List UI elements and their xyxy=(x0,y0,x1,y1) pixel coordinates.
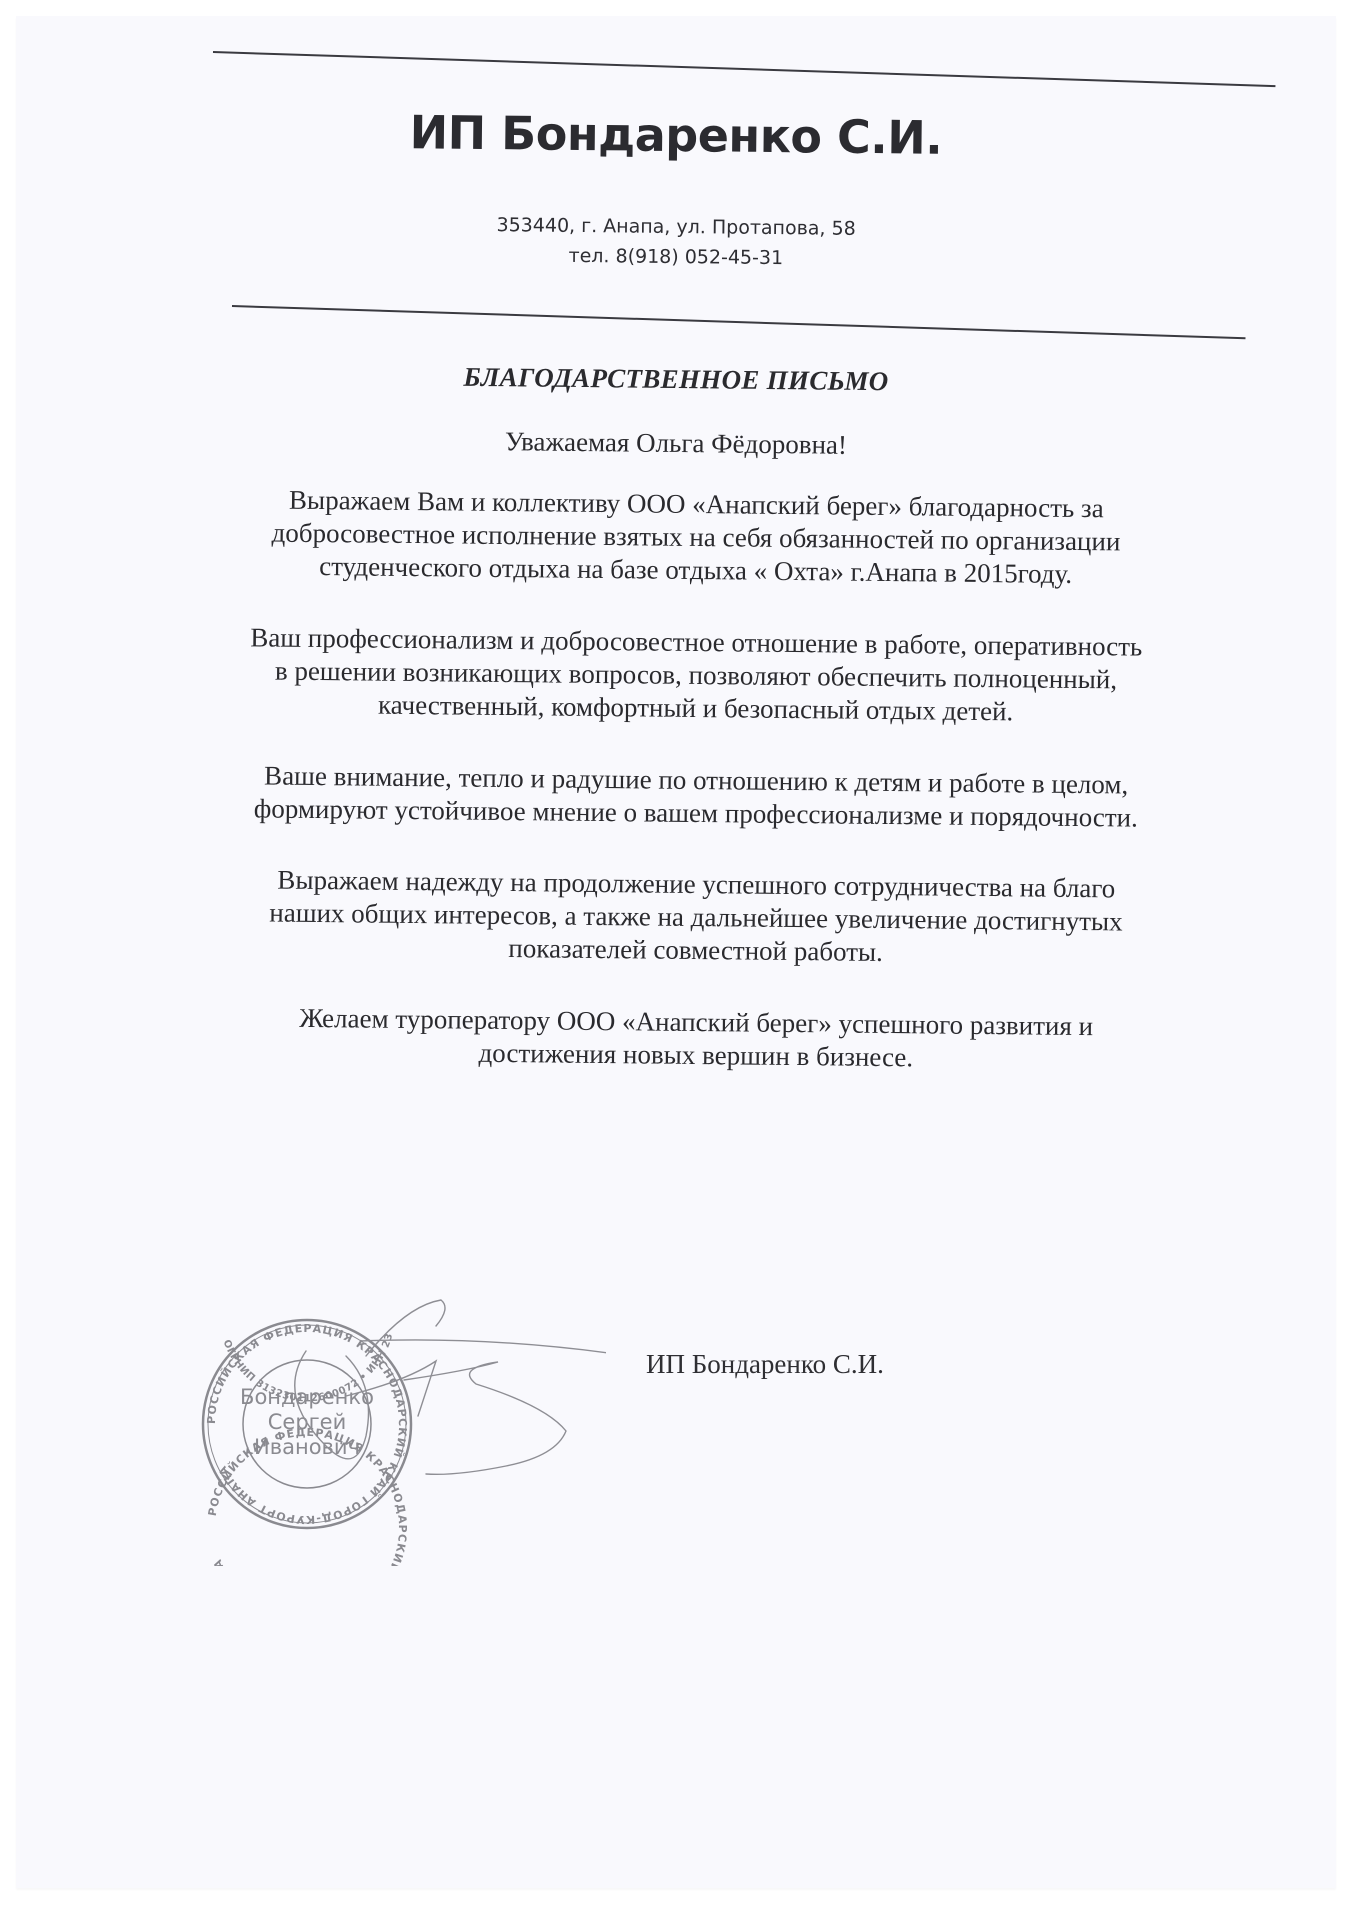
letter-greeting: Уважаемая Ольга Фёдоровна! xyxy=(16,421,1336,466)
signatory-name: ИП Бондаренко С.И. xyxy=(646,1349,884,1380)
paragraph-5: Желаем туроператору ООО «Анапский берег»… xyxy=(186,1001,1207,1078)
letterhead-contacts: 353440, г. Анапа, ул. Протапова, 58 тел.… xyxy=(16,205,1337,279)
letterhead-bottom-rule xyxy=(232,305,1246,339)
paragraph-1: Выражаем Вам и коллективу ООО «Анапский … xyxy=(186,483,1207,593)
official-stamp: РОССИЙСКАЯ ФЕДЕРАЦИЯ КРАСНОДАРСКИЙ КРАЙ … xyxy=(186,1286,606,1566)
paragraph-3: Ваше внимание, тепло и радушие по отноше… xyxy=(186,759,1207,836)
paragraph-2: Ваш профессионализм и добросовестное отн… xyxy=(186,621,1207,731)
letterhead-top-rule xyxy=(213,51,1276,87)
letterhead-company-name: ИП Бондаренко С.И. xyxy=(16,101,1336,169)
paragraph-4: Выражаем надежду на продолжение успешног… xyxy=(186,863,1207,973)
letter-page: ИП Бондаренко С.И. 353440, г. Анапа, ул.… xyxy=(16,16,1336,1888)
stamp-surname: Бондаренко xyxy=(240,1385,374,1409)
stamp-patronymic: Иванович xyxy=(254,1435,360,1459)
letter-heading: БЛАГОДАРСТВЕННОЕ ПИСЬМО xyxy=(16,357,1336,402)
